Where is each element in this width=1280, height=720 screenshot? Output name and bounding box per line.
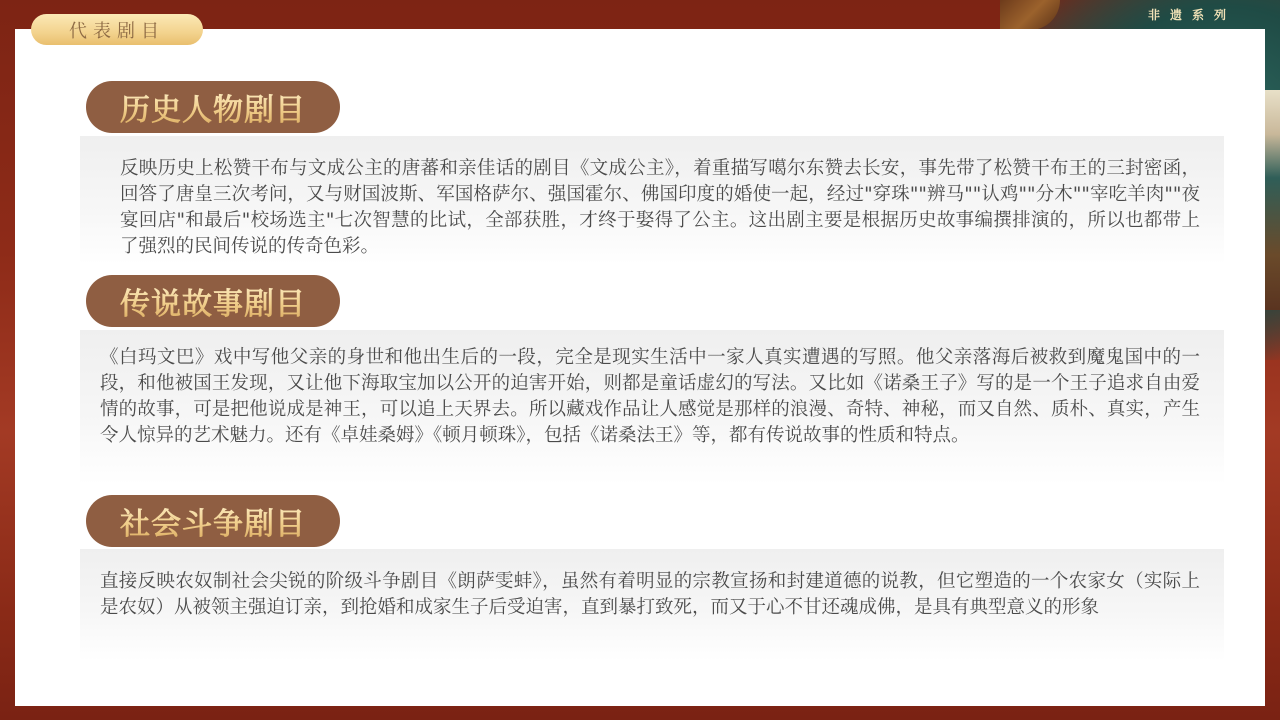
section-body-social-struggle: 直接反映农奴制社会尖锐的阶级斗争剧目《朗萨雯蚌》，虽然有着明显的宗教宣扬和封建道… [80,549,1224,661]
section-title-history: 历史人物剧目 [86,81,340,133]
section-body-history: 反映历史上松赞干布与文成公主的唐蕃和亲佳话的剧目《文成公主》，着重描写噶尔东赞去… [80,136,1224,264]
section-title-social-struggle: 社会斗争剧目 [86,495,340,547]
section-body-text: 《白玛文巴》戏中写他父亲的身世和他出生后的一段，完全是现实生活中一家人真实遭遇的… [100,345,1200,449]
series-label: 非遗系列 [1148,6,1236,23]
section-body-text: 反映历史上松赞干布与文成公主的唐蕃和亲佳话的剧目《文成公主》，着重描写噶尔东赞去… [120,156,1200,260]
section-title-text: 传说故事剧目 [120,279,306,323]
section-body-legend: 《白玛文巴》戏中写他父亲的身世和他出生后的一段，完全是现实生活中一家人真实遭遇的… [80,330,1224,485]
section-title-legend: 传说故事剧目 [86,275,340,327]
carved-window-frame [1000,0,1060,30]
section-title-text: 历史人物剧目 [120,85,306,129]
page-tag: 代表剧目 [31,14,203,45]
section-title-text: 社会斗争剧目 [120,499,306,543]
section-body-text: 直接反映农奴制社会尖锐的阶级斗争剧目《朗萨雯蚌》，虽然有着明显的宗教宣扬和封建道… [100,569,1200,621]
content-card: 历史人物剧目 反映历史上松赞干布与文成公主的唐蕃和亲佳话的剧目《文成公主》，着重… [15,29,1265,706]
